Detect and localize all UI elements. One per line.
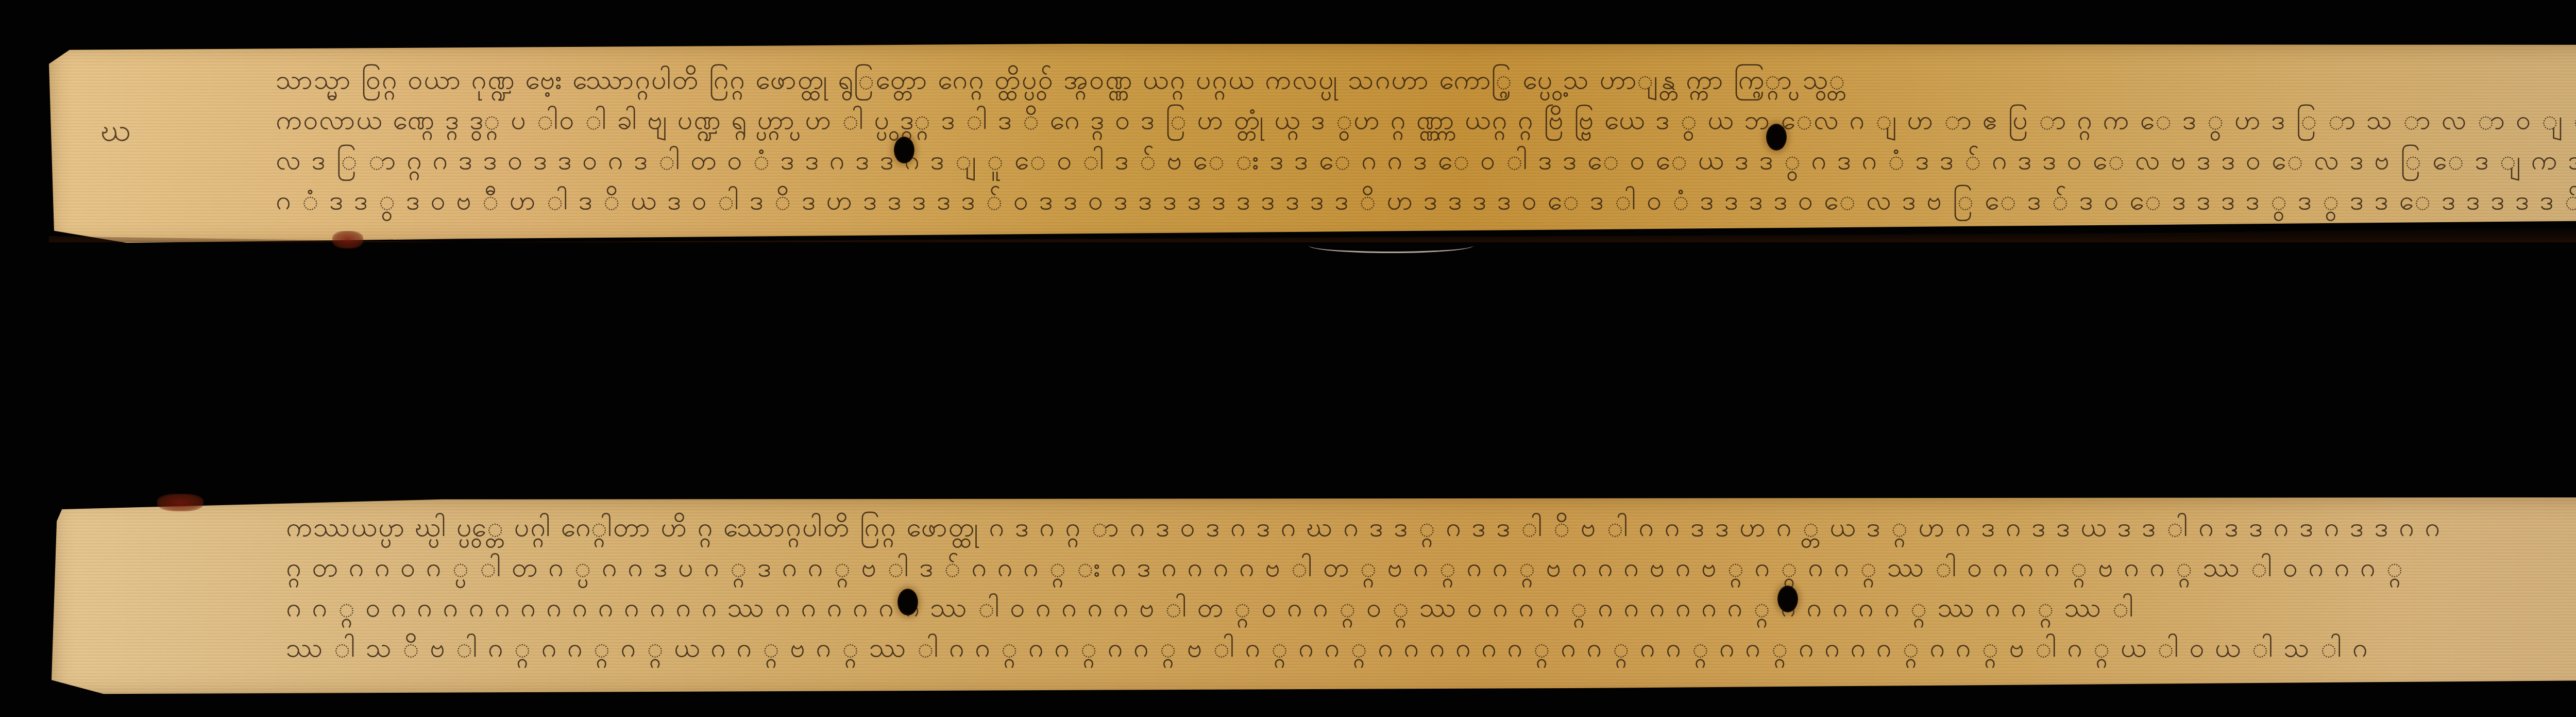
- manuscript-line-1: သာသ္မာ ဝြဂ္ဂ ဝယာ ဂုဏ္ဍ ဗေ့း ဿောဂ္ဂပါတိ ဂ…: [276, 63, 2455, 102]
- manuscript-line-1: ကဿယပ္ပာ ဃ္ပါ ပ္ပွ္တေ ပဂ္ဂါ ဂေ္ဂါတာ ဟိ ဂ္…: [286, 510, 2501, 549]
- red-lacquer-stain: [157, 494, 204, 511]
- folio-number: ဃ: [100, 111, 131, 156]
- manuscript-line-2: ဂ္ဂ တ ဂ ဂ ဝ ဂ ္ပ ါ တ ဂ ္ပ ဂ ဂ ဒ ပ ဂ ္ဂ ဒ…: [286, 551, 2501, 590]
- manuscript-line-2: ကဝလာယ ဏ္ဂေ ဒ္ဂ ဒွ္ဂ ပ ါဝ ါ ခါ ဗျ ပဏ္ဍ ရ္…: [276, 103, 2455, 142]
- string-hole: [894, 137, 914, 163]
- manuscript-line-3: ဂ ဂ ္ဂ ဝ ဂ ဂ ဂ ဂ ဂ ဂ ဂ ဂ ဂ ဂ ဂ ဂ ဂ ဿ ဂ ဂ…: [286, 591, 2501, 630]
- string-hole: [897, 589, 918, 615]
- manuscript-line-4: ဿ ါ သ ိ ဗ ါ ဂ ္ဂ ဂ ဂ ္ဂ ဂ ္ဂ ယ ဂ ဂ ္ဂ ဗ …: [286, 631, 2501, 670]
- string-hole: [1766, 124, 1787, 151]
- red-lacquer-stain: [332, 231, 363, 248]
- string-hole: [1777, 586, 1798, 612]
- binding-string-arc: [1309, 238, 1473, 253]
- manuscript-line-3: လ ဒ ြ ာ ဂ္ဂ ဂ ဒ ဒ ဝ ဒ ဒ ဝ ဂ ဒ ါ တ ဝ ံ ဒ …: [276, 143, 2455, 182]
- manuscript-line-4: ဂ ံ ဒ ဒ ွ ဒ ဝ ဗ ီ ဟ ါ ဒ ိ ယ ဒ ဝ ါ ဒ ိ ဒ …: [276, 184, 2455, 223]
